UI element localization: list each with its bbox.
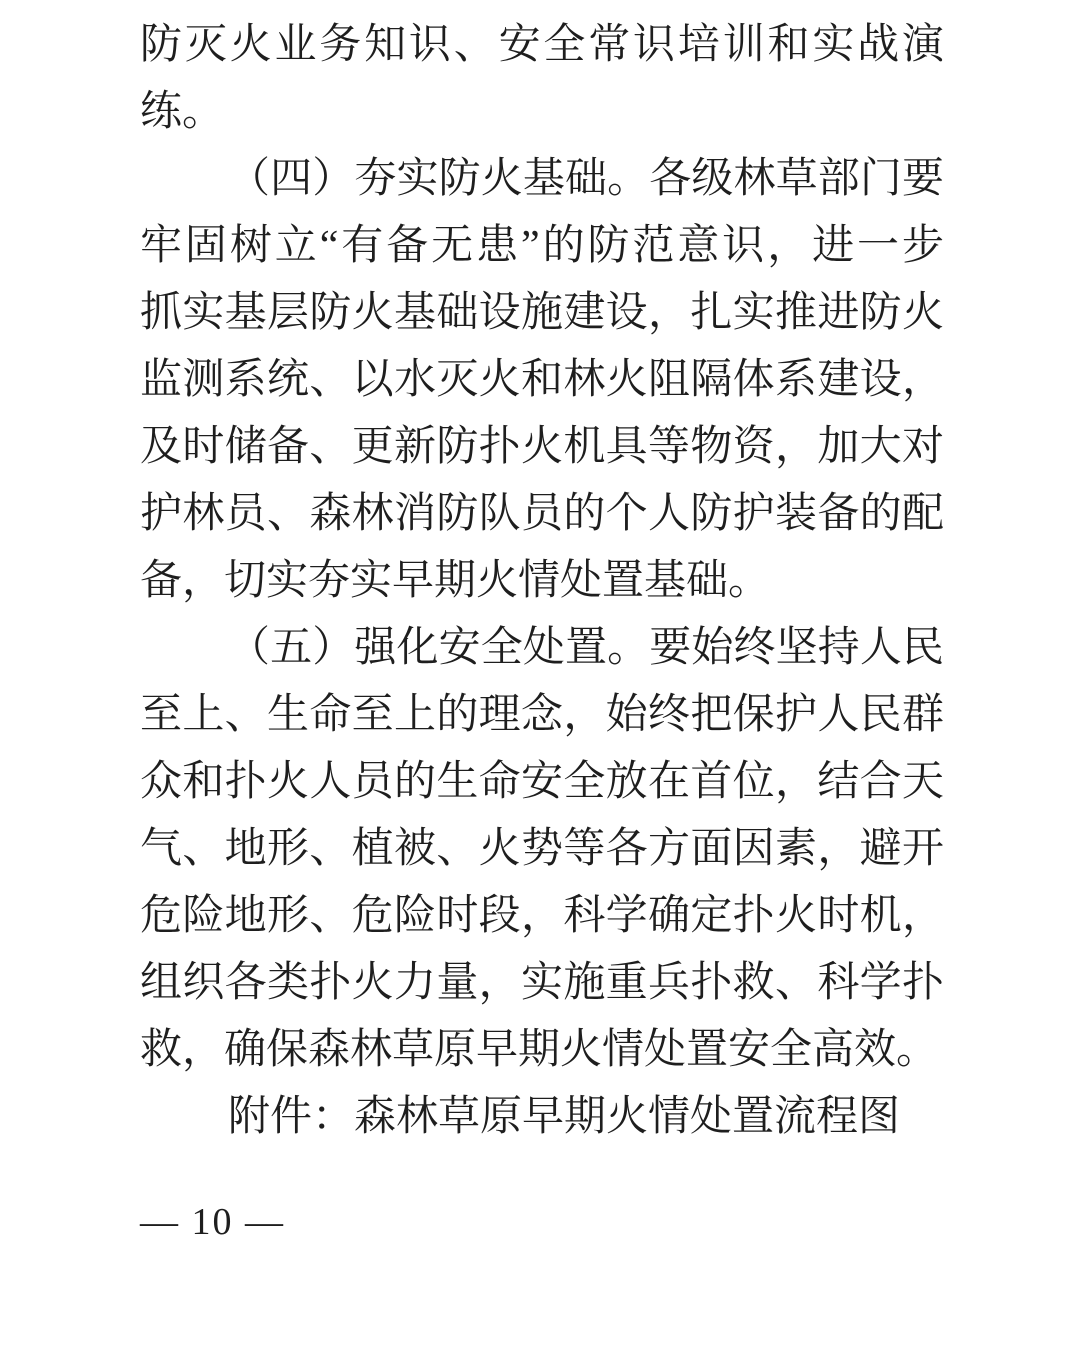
- body-line-2: 练。: [140, 79, 944, 146]
- paragraph-4-first-line: （四）夯实防火基础。各级林草部门要: [140, 146, 944, 213]
- body-line-7: 及时储备、更新防扑火机具等物资，加大对: [140, 414, 944, 481]
- body-line-5: 抓实基层防火基础设施建设，扎实推进防火: [140, 280, 944, 347]
- paragraph-5-first-line: （五）强化安全处置。要始终坚持人民: [140, 615, 944, 682]
- body-line-15: 组织各类扑火力量，实施重兵扑救、科学扑: [140, 950, 944, 1017]
- paragraph-5-lead-text: 要始终坚持人民: [649, 625, 944, 671]
- body-line-1: 防灭火业务知识、安全常识培训和实战演: [140, 12, 944, 79]
- body-line-12: 众和扑火人员的生命安全放在首位，结合天: [140, 749, 944, 816]
- section-5-heading: （五）强化安全处置。: [228, 625, 649, 671]
- body-line-14: 危险地形、危险时段，科学确定扑火时机，: [140, 883, 944, 950]
- body-line-4: 牢固树立“有备无患”的防范意识，进一步: [140, 213, 944, 280]
- paragraph-4-lead-text: 各级林草部门要: [649, 156, 944, 202]
- body-line-9: 备，切实夯实早期火情处置基础。: [140, 548, 944, 615]
- page-number: — 10 —: [140, 1198, 944, 1246]
- document-page: 防灭火业务知识、安全常识培训和实战演 练。 （四）夯实防火基础。各级林草部门要 …: [0, 0, 1080, 1355]
- document-body: 防灭火业务知识、安全常识培训和实战演 练。 （四）夯实防火基础。各级林草部门要 …: [0, 0, 1080, 1246]
- body-line-8: 护林员、森林消防队员的个人防护装备的配: [140, 481, 944, 548]
- attachment-note: 附件：森林草原早期火情处置流程图: [140, 1084, 944, 1151]
- body-line-16: 救，确保森林草原早期火情处置安全高效。: [140, 1017, 944, 1084]
- body-line-13: 气、地形、植被、火势等各方面因素，避开: [140, 816, 944, 883]
- body-line-11: 至上、生命至上的理念，始终把保护人民群: [140, 682, 944, 749]
- body-line-6: 监测系统、以水灭火和林火阻隔体系建设，: [140, 347, 944, 414]
- section-4-heading: （四）夯实防火基础。: [228, 156, 649, 202]
